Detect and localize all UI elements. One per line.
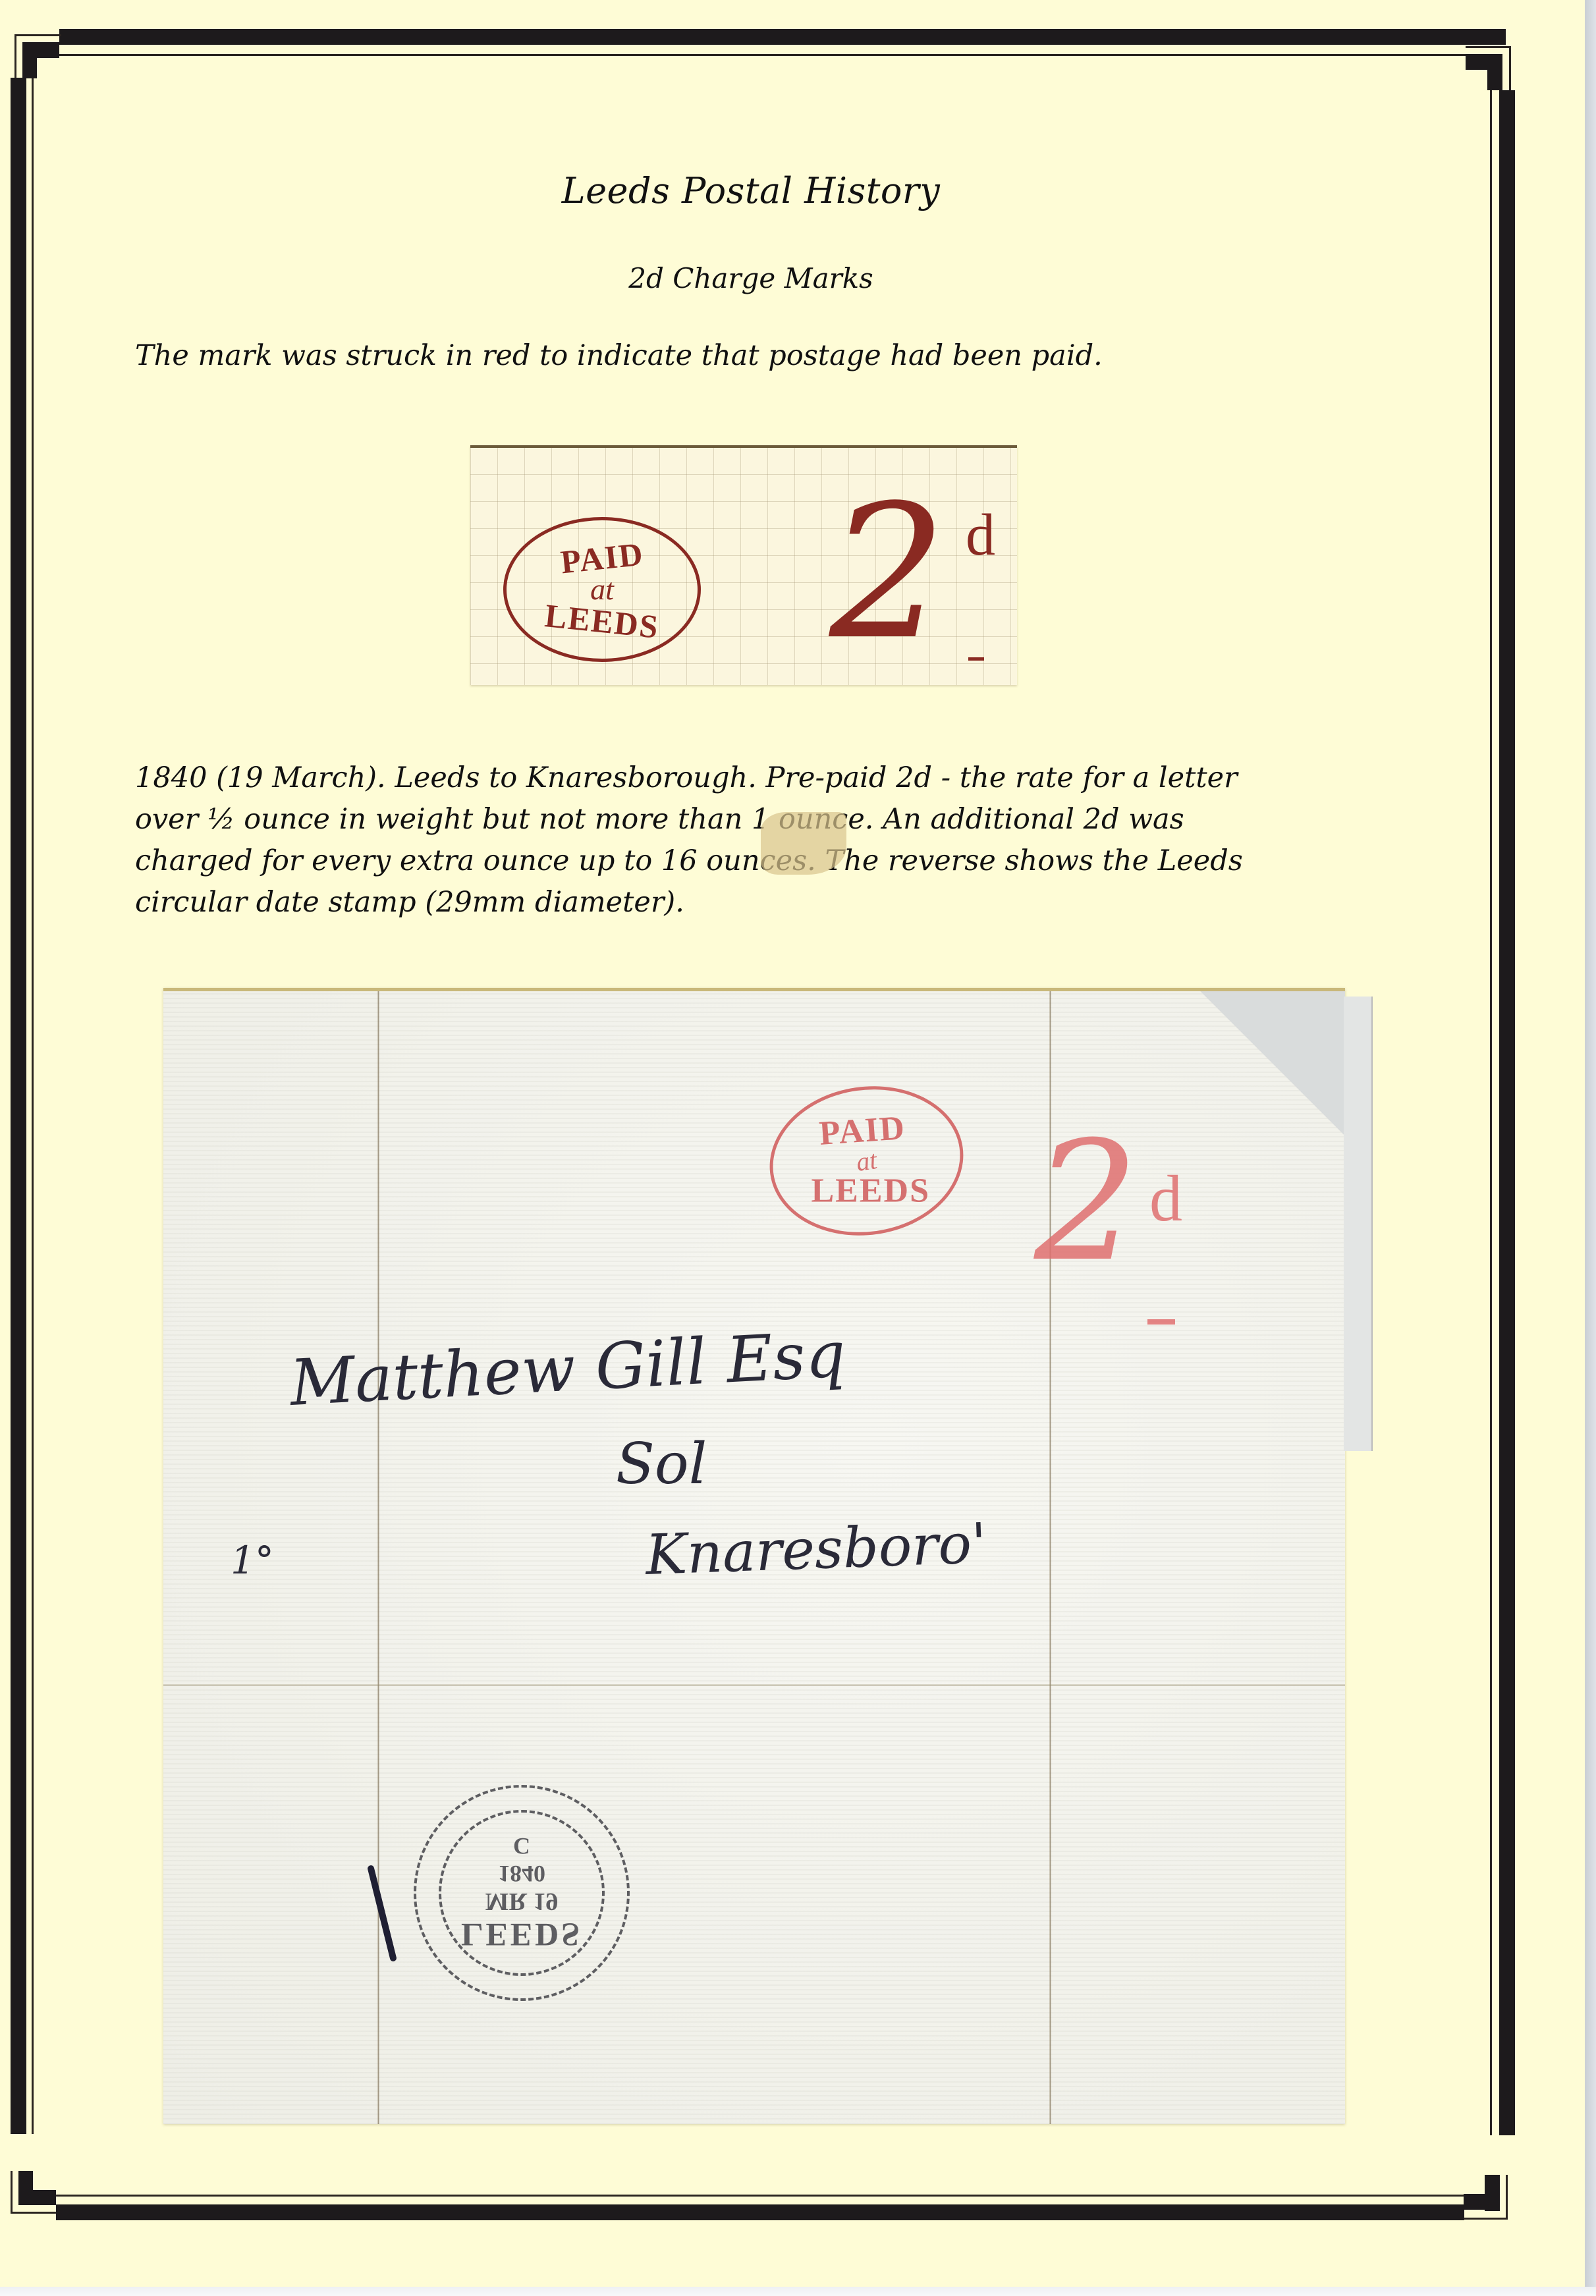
charge-unit: d	[966, 506, 995, 565]
stamp-line-at: at	[854, 1147, 878, 1176]
stamp-line-leeds: LEEDS	[543, 599, 661, 643]
intro-text: The mark was struck in red to indicate t…	[135, 339, 1321, 372]
letter-charge-dash	[1147, 1319, 1175, 1325]
address-line-title: Sol	[616, 1436, 707, 1492]
description-line: circular date stamp (29mm diameter).	[135, 882, 1387, 923]
cds-code: C	[513, 1832, 530, 1859]
scan-edge-right	[1585, 0, 1596, 2296]
corner-fold	[1200, 991, 1345, 1136]
manuscript-mark: 1°	[231, 1541, 274, 1579]
paper-stain	[761, 812, 846, 875]
stamp-line-leeds: LEEDS	[812, 1174, 931, 1208]
letter-flap	[1344, 997, 1373, 1451]
stamp-line-at: at	[590, 574, 614, 605]
letter-charge-unit: d	[1149, 1166, 1182, 1232]
charge-numeral: 2	[829, 481, 947, 665]
scan-edge-bottom	[0, 2287, 1596, 2296]
specimen-card: PAID at LEEDS 2 d	[470, 445, 1017, 685]
letter-charge-numeral: 2	[1034, 1120, 1139, 1284]
fold-line	[163, 1684, 1345, 1686]
cds-town: LEEDS	[461, 1915, 582, 1954]
description-line: 1840 (19 March). Leeds to Knaresborough.…	[135, 757, 1387, 799]
page-subtitle: 2d Charge Marks	[0, 262, 1502, 294]
fold-line	[377, 991, 379, 2124]
cds-text: LEEDS MR 19 1840 C	[416, 1788, 627, 1998]
stamp-line-paid: PAID	[559, 537, 645, 579]
stamp-line-paid: PAID	[818, 1110, 907, 1151]
cds-date: MR 19	[485, 1887, 559, 1916]
paid-at-leeds-stamp: PAID at LEEDS	[503, 517, 701, 662]
circular-date-stamp: LEEDS MR 19 1840 C	[414, 1785, 630, 2001]
charge-dash	[968, 657, 984, 661]
page-title: Leeds Postal History	[0, 170, 1502, 211]
address-line-town: Knaresboro'	[645, 1516, 988, 1583]
cds-year: 1840	[498, 1859, 545, 1886]
